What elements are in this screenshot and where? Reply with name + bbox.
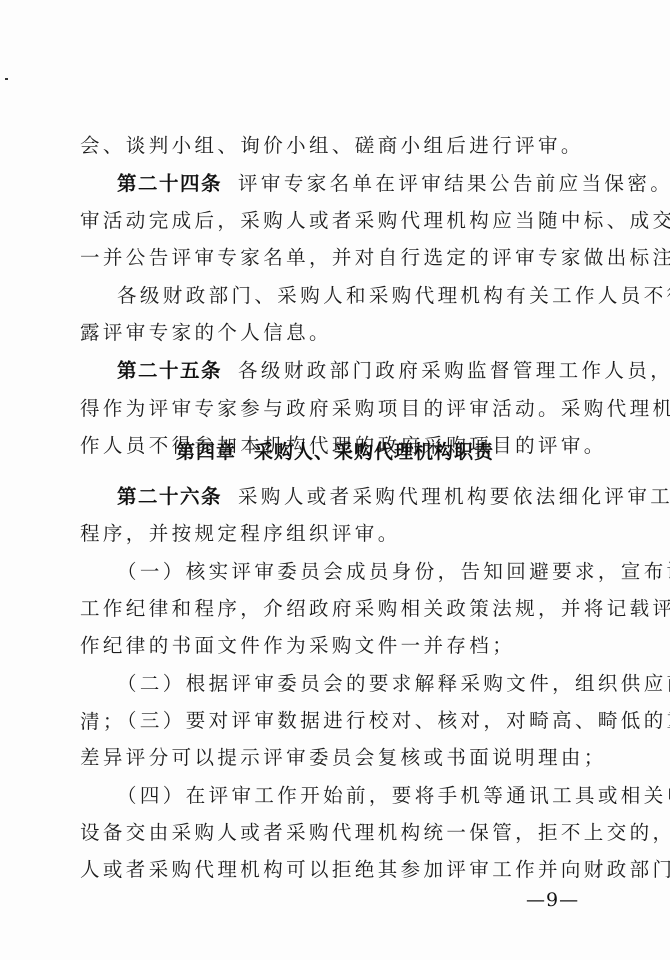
- chapter-number: 第四章: [176, 441, 236, 463]
- list-item-4: （四）在评审工作开始前，要将手机等通讯工具或相关电子: [117, 783, 580, 809]
- article-26-line: 第二十六条采购人或者采购代理机构要依法细化评审工作: [117, 484, 580, 510]
- list-item-1: （一）核实评审委员会成员身份，告知回避要求，宣布评审: [117, 559, 580, 585]
- paragraph-line: 人或者采购代理机构可以拒绝其参加评审工作并向财政部门报: [80, 857, 580, 883]
- line-text: 审活动完成后，采购人或者采购代理机构应当随中标、成交结果: [80, 209, 670, 232]
- article-number: 第二十六条: [117, 485, 222, 508]
- line-text: （二）根据评审委员会的要求解释采购文件，组织供应商澄: [117, 672, 670, 695]
- paragraph-line: 工作纪律和程序，介绍政府采购相关政策法规，并将记载评审工: [80, 596, 580, 622]
- chapter-heading: 第四章采购人、采购代理机构职责: [0, 439, 670, 465]
- line-text: 露评审专家的个人信息。: [80, 321, 332, 344]
- line-text: （四）在评审工作开始前，要将手机等通讯工具或相关电子: [117, 784, 670, 807]
- list-item-3: （三）要对评审数据进行校对、核对，对畸高、畸低的重大: [117, 708, 580, 734]
- paragraph-line: 差异评分可以提示评审委员会复核或书面说明理由；: [80, 745, 580, 771]
- chapter-title: 采购人、采购代理机构职责: [254, 441, 494, 463]
- paragraph-line: 审活动完成后，采购人或者采购代理机构应当随中标、成交结果: [80, 208, 580, 234]
- paragraph-line: 露评审专家的个人信息。: [80, 320, 580, 346]
- line-text: 各级财政部门政府采购监督管理工作人员，不: [238, 359, 670, 382]
- page-number: —9—: [526, 888, 579, 912]
- line-text: 得作为评审专家参与政府采购项目的评审活动。采购代理机构工: [80, 397, 670, 420]
- article-24-line: 第二十四条评审专家名单在评审结果公告前应当保密。评: [117, 171, 580, 197]
- line-text: 会、谈判小组、询价小组、磋商小组后进行评审。: [80, 134, 584, 157]
- paragraph-line: 一并公告评审专家名单，并对自行选定的评审专家做出标注。: [80, 245, 580, 271]
- scan-artifact: [5, 78, 8, 80]
- paragraph-line: 得作为评审专家参与政府采购项目的评审活动。采购代理机构工: [80, 396, 580, 422]
- line-text: 评审专家名单在评审结果公告前应当保密。评: [238, 172, 670, 195]
- line-text: 一并公告评审专家名单，并对自行选定的评审专家做出标注。: [80, 246, 670, 269]
- paragraph-line: 作纪律的书面文件作为采购文件一并存档；: [80, 633, 580, 659]
- line-text: 人或者采购代理机构可以拒绝其参加评审工作并向财政部门报: [80, 858, 670, 881]
- paragraph-line: 程序，并按规定程序组织评审。: [80, 521, 580, 547]
- line-text: 作纪律的书面文件作为采购文件一并存档；: [80, 634, 515, 657]
- line-text: （一）核实评审委员会成员身份，告知回避要求，宣布评审: [117, 560, 670, 583]
- line-text: 差异评分可以提示评审委员会复核或书面说明理由；: [80, 746, 607, 769]
- line-text: 设备交由采购人或者采购代理机构统一保管，拒不上交的，采购: [80, 821, 670, 844]
- paragraph-line: 设备交由采购人或者采购代理机构统一保管，拒不上交的，采购: [80, 820, 580, 846]
- article-25-line: 第二十五条各级财政部门政府采购监督管理工作人员，不: [117, 358, 580, 384]
- line-text: 工作纪律和程序，介绍政府采购相关政策法规，并将记载评审工: [80, 597, 670, 620]
- line-text: 程序，并按规定程序组织评审。: [80, 522, 401, 545]
- paragraph-line: 会、谈判小组、询价小组、磋商小组后进行评审。: [80, 133, 580, 159]
- paragraph-line: 各级财政部门、采购人和采购代理机构有关工作人员不得泄: [117, 283, 580, 309]
- line-text: 采购人或者采购代理机构要依法细化评审工作: [238, 485, 670, 508]
- line-text: （三）要对评审数据进行校对、核对，对畸高、畸低的重大: [117, 709, 670, 732]
- list-item-2: （二）根据评审委员会的要求解释采购文件，组织供应商澄: [117, 671, 580, 697]
- document-page: 会、谈判小组、询价小组、磋商小组后进行评审。 第二十四条评审专家名单在评审结果公…: [0, 0, 670, 960]
- article-number: 第二十五条: [117, 359, 222, 382]
- line-text: 各级财政部门、采购人和采购代理机构有关工作人员不得泄: [117, 284, 670, 307]
- article-number: 第二十四条: [117, 172, 222, 195]
